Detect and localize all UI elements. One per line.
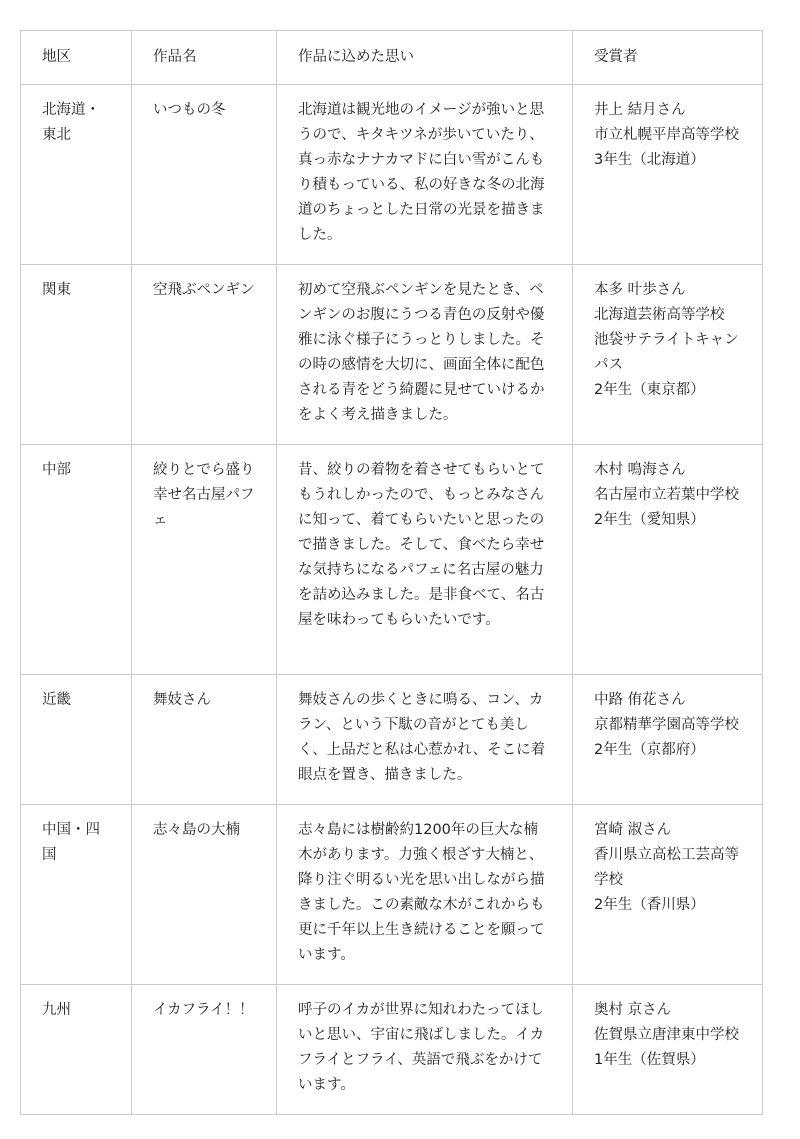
region-cell: 北海道・東北 [21, 85, 132, 265]
table-row: 中国・四国 志々島の大楠 志々島には樹齢約1200年の巨大な楠木があります。力強… [21, 805, 763, 985]
thought-cell: 呼子のイカが世界に知れわたってほしいと思い、宇宙に飛ばしました。イカフライとフラ… [277, 985, 573, 1115]
winner-grade: 2年生（香川県） [594, 893, 742, 918]
region-cell: 中国・四国 [21, 805, 132, 985]
table-row: 近畿 舞妓さん 舞妓さんの歩くときに鳴る、コン、カラン、という下駄の音がとても美… [21, 675, 763, 805]
winner-grade: 1年生（佐賀県） [594, 1048, 742, 1073]
title-cell: イカフライ！！ [132, 985, 277, 1115]
winner-cell: 宮崎 淑さん 香川県立高松工芸高等学校 2年生（香川県） [573, 805, 763, 985]
winner-cell: 奥村 京さん 佐賀県立唐津東中学校 1年生（佐賀県） [573, 985, 763, 1115]
table-row: 九州 イカフライ！！ 呼子のイカが世界に知れわたってほしいと思い、宇宙に飛ばしま… [21, 985, 763, 1115]
winner-school: 香川県立高松工芸高等学校 [594, 843, 742, 893]
table-row: 関東 空飛ぶペンギン 初めて空飛ぶペンギンを見たとき、ペンギンのお腹にうつる青色… [21, 265, 763, 445]
region-cell: 関東 [21, 265, 132, 445]
winner-name: 中路 侑花さん [594, 688, 742, 713]
winner-name: 奥村 京さん [594, 998, 742, 1023]
header-region: 地区 [21, 31, 132, 85]
winner-cell: 木村 鳴海さん 名古屋市立若葉中学校 2年生（愛知県） [573, 445, 763, 675]
winner-grade: 2年生（京都府） [594, 738, 742, 763]
winner-school: 市立札幌平岸高等学校 [594, 123, 742, 148]
header-title: 作品名 [132, 31, 277, 85]
winner-name: 井上 結月さん [594, 98, 742, 123]
winner-grade: 2年生（東京都） [594, 378, 742, 403]
winner-cell: 井上 結月さん 市立札幌平岸高等学校 3年生（北海道） [573, 85, 763, 265]
winner-school: 佐賀県立唐津東中学校 [594, 1023, 742, 1048]
header-winner: 受賞者 [573, 31, 763, 85]
winner-name: 宮崎 淑さん [594, 818, 742, 843]
thought-cell: 北海道は観光地のイメージが強いと思うので、キタキツネが歩いていたり、真っ赤なナナ… [277, 85, 573, 265]
winner-school: 名古屋市立若葉中学校 [594, 483, 742, 508]
thought-cell: 舞妓さんの歩くときに鳴る、コン、カラン、という下駄の音がとても美しく、上品だと私… [277, 675, 573, 805]
title-cell: 舞妓さん [132, 675, 277, 805]
region-cell: 中部 [21, 445, 132, 675]
table-row: 北海道・東北 いつもの冬 北海道は観光地のイメージが強いと思うので、キタキツネが… [21, 85, 763, 265]
winner-name: 本多 叶歩さん [594, 278, 742, 303]
table-row: 中部 絞りとでら盛り幸せ名古屋パフェ 昔、絞りの着物を着させてもらいとてもうれし… [21, 445, 763, 675]
thought-cell: 初めて空飛ぶペンギンを見たとき、ペンギンのお腹にうつる青色の反射や優雅に泳ぐ様子… [277, 265, 573, 445]
winner-cell: 中路 侑花さん 京都精華学園高等学校 2年生（京都府） [573, 675, 763, 805]
awards-table: 地区 作品名 作品に込めた思い 受賞者 北海道・東北 いつもの冬 北海道は観光地… [20, 30, 763, 1115]
title-cell: 空飛ぶペンギン [132, 265, 277, 445]
region-cell: 近畿 [21, 675, 132, 805]
region-cell: 九州 [21, 985, 132, 1115]
winner-grade: 3年生（北海道） [594, 148, 742, 173]
thought-cell: 志々島には樹齢約1200年の巨大な楠木があります。力強く根ざす大楠と、降り注ぐ明… [277, 805, 573, 985]
title-cell: いつもの冬 [132, 85, 277, 265]
title-cell: 志々島の大楠 [132, 805, 277, 985]
table-header-row: 地区 作品名 作品に込めた思い 受賞者 [21, 31, 763, 85]
title-cell: 絞りとでら盛り幸せ名古屋パフェ [132, 445, 277, 675]
winner-cell: 本多 叶歩さん 北海道芸術高等学校 池袋サテライトキャンパス 2年生（東京都） [573, 265, 763, 445]
winner-school: 北海道芸術高等学校 池袋サテライトキャンパス [594, 303, 742, 378]
thought-cell: 昔、絞りの着物を着させてもらいとてもうれしかったので、もっとみなさんに知って、着… [277, 445, 573, 675]
header-thought: 作品に込めた思い [277, 31, 573, 85]
winner-name: 木村 鳴海さん [594, 458, 742, 483]
winner-school: 京都精華学園高等学校 [594, 713, 742, 738]
winner-grade: 2年生（愛知県） [594, 508, 742, 533]
